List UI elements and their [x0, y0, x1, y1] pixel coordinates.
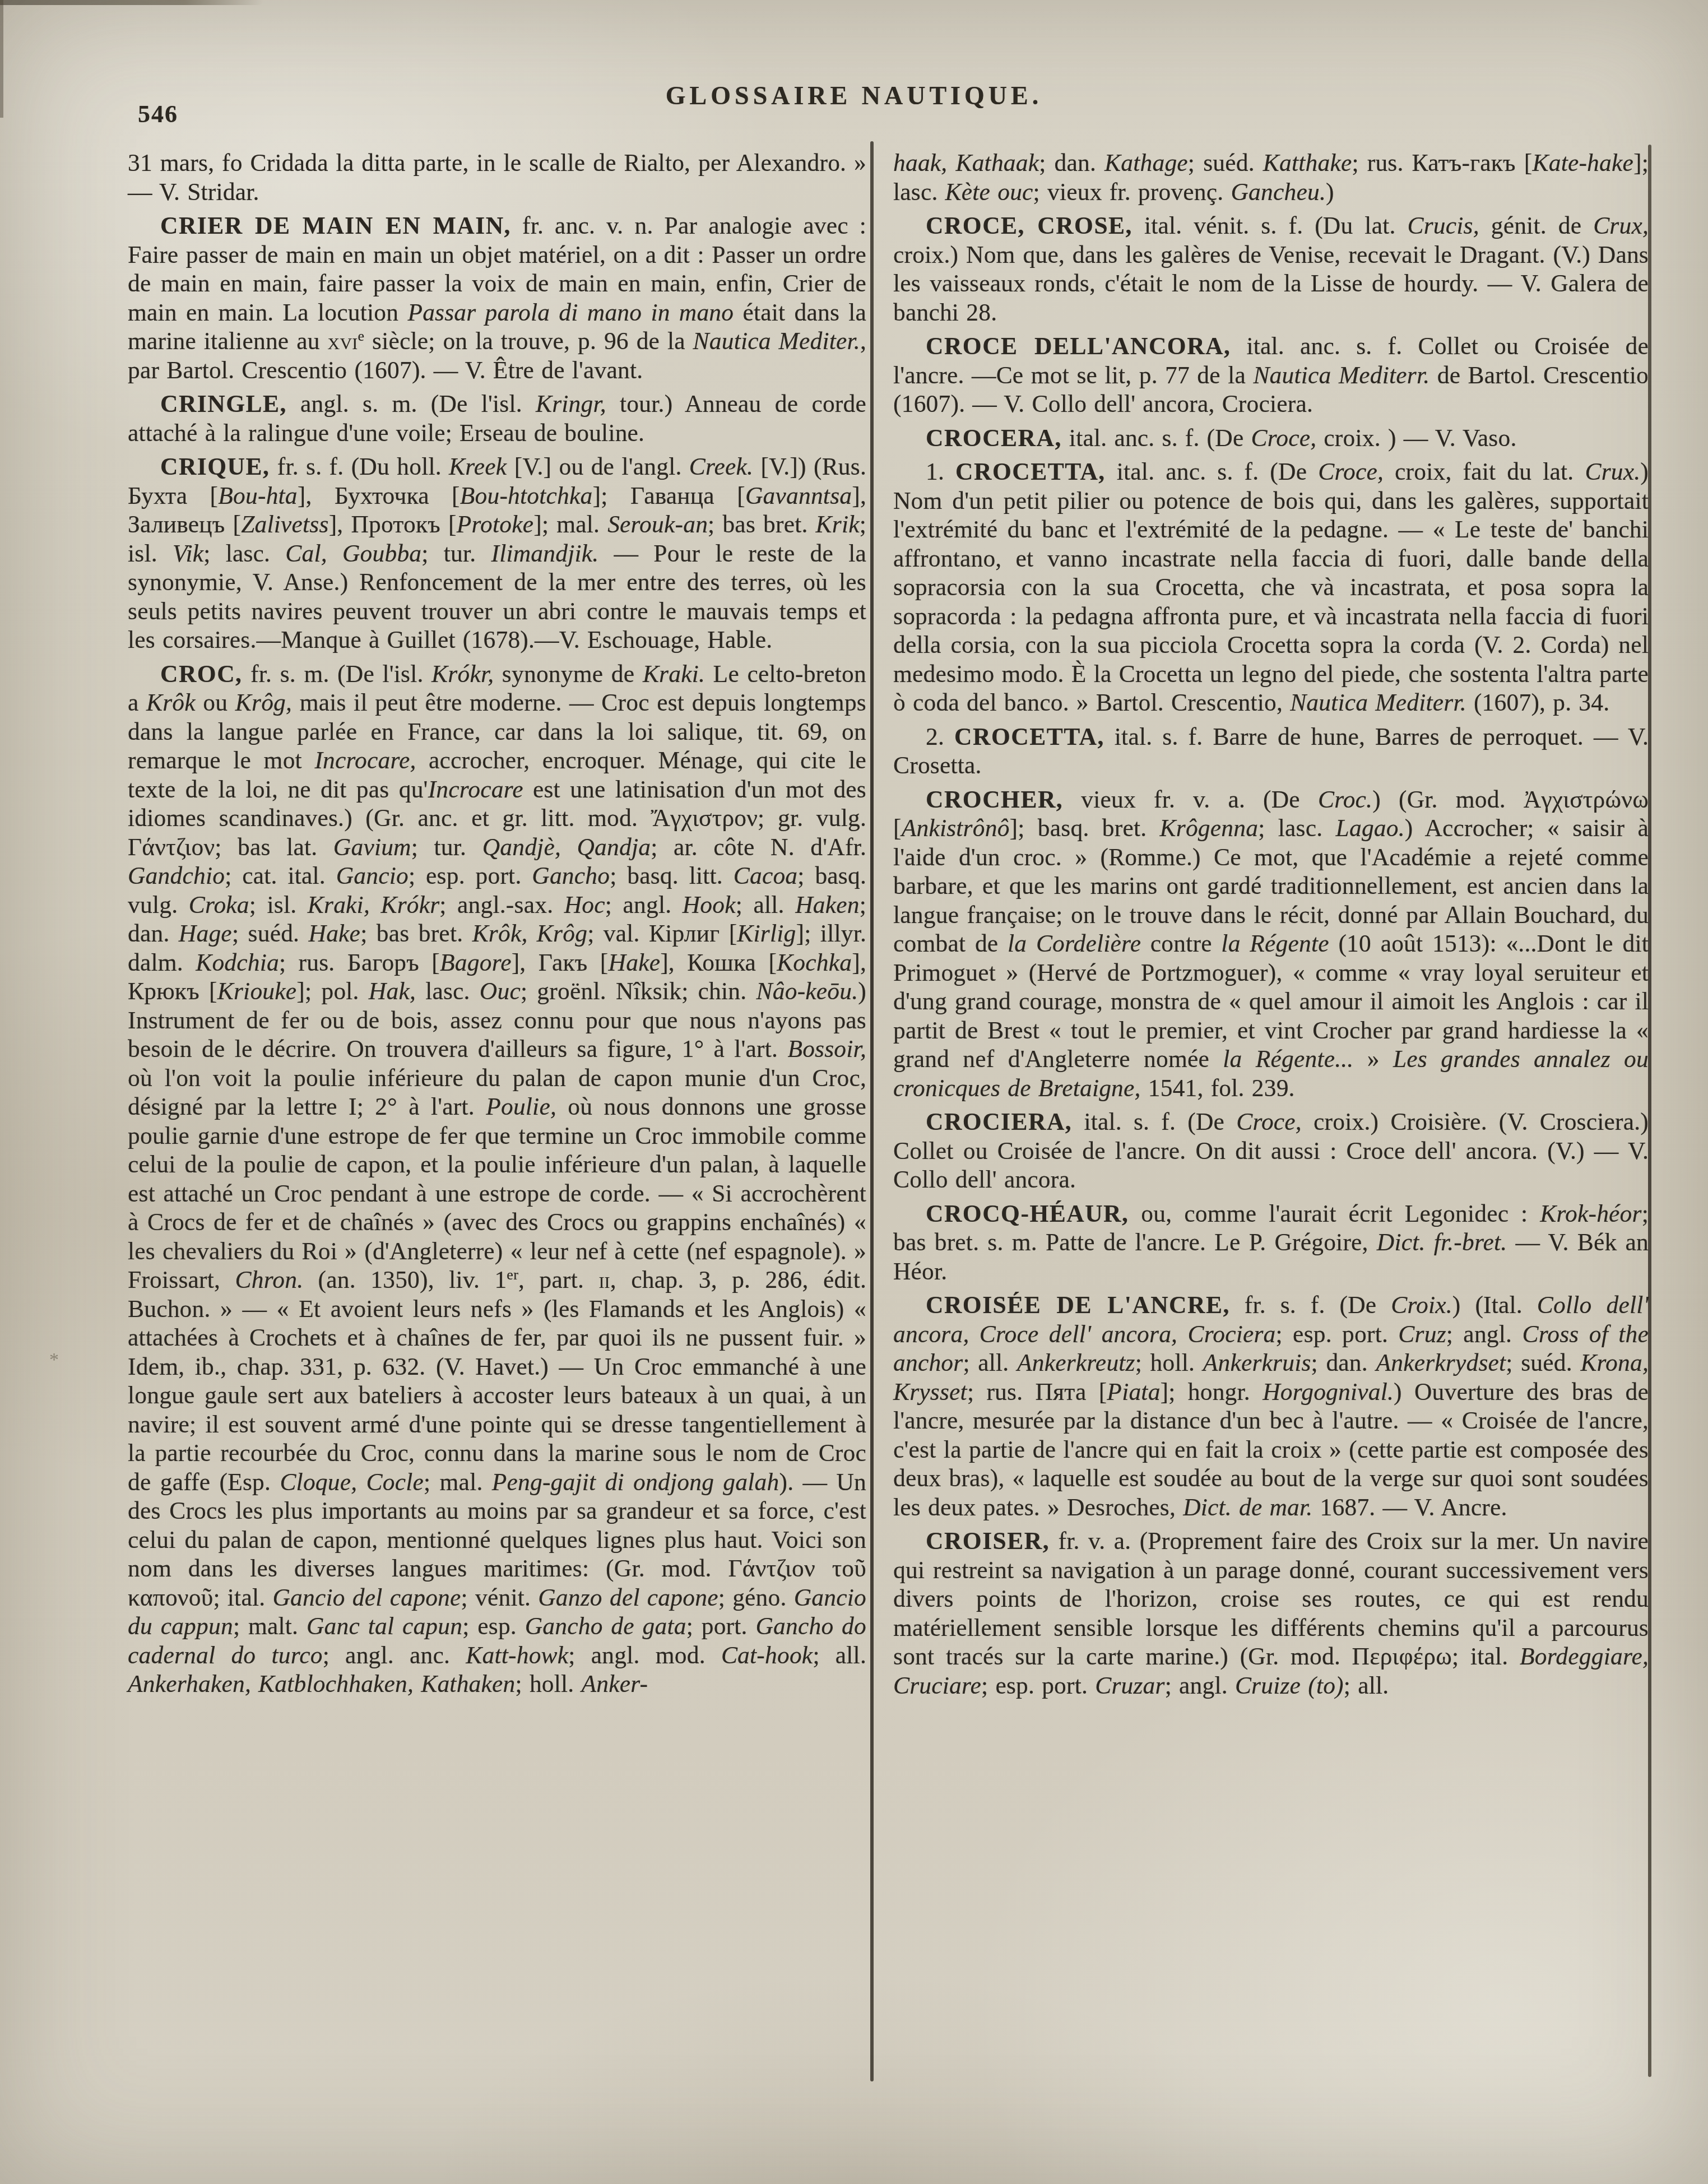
entry-paragraph: CROCE, CROSE, ital. vénit. s. f. (Du lat…	[893, 212, 1649, 327]
entry-paragraph: CROC, fr. s. m. (De l'isl. Krókr, synony…	[128, 660, 866, 1699]
top-edge-shadow	[0, 0, 263, 5]
left-column: 31 mars, fo Cridada la ditta parte, in l…	[128, 149, 866, 1699]
entry-paragraph: 1. CROCETTA, ital. anc. s. f. (De Croce,…	[893, 458, 1649, 718]
margin-speck: *	[49, 1350, 59, 1371]
entry-paragraph: haak, Kathaak; dan. Kathage; suéd. Katth…	[893, 149, 1649, 207]
entry-paragraph: 2. CROCETTA, ital. s. f. Barre de hune, …	[893, 723, 1649, 781]
entry-paragraph: CROISÉE DE L'ANCRE, fr. s. f. (De Croix.…	[893, 1291, 1649, 1522]
entry-paragraph: 31 mars, fo Cridada la ditta parte, in l…	[128, 149, 866, 207]
entry-paragraph: CROCERA, ital. anc. s. f. (De Croce, cro…	[893, 424, 1649, 453]
entry-paragraph: CRINGLE, angl. s. m. (De l'isl. Kringr, …	[128, 390, 866, 448]
entry-paragraph: CROCQ-HÉAUR, ou, comme l'aurait écrit Le…	[893, 1200, 1649, 1287]
column-divider-rule	[870, 141, 874, 2081]
entry-paragraph: CROCE DELL'ANCORA, ital. anc. s. f. Coll…	[893, 332, 1649, 419]
entry-paragraph: CROCHER, vieux fr. v. a. (De Croc.) (Gr.…	[893, 786, 1649, 1103]
right-column: haak, Kathaak; dan. Kathage; suéd. Katth…	[893, 149, 1649, 1700]
entry-paragraph: CROCIERA, ital. s. f. (De Croce, croix.)…	[893, 1108, 1649, 1195]
entry-paragraph: CRIER DE MAIN EN MAIN, fr. anc. v. n. Pa…	[128, 212, 866, 385]
entry-paragraph: CROISER, fr. v. a. (Proprement faire des…	[893, 1527, 1649, 1700]
entry-paragraph: CRIQUE, fr. s. f. (Du holl. Kreek [V.] o…	[128, 453, 866, 655]
page-title: GLOSSAIRE NAUTIQUE.	[0, 81, 1708, 110]
scanned-page: 546 GLOSSAIRE NAUTIQUE. * 31 mars, fo Cr…	[0, 0, 1708, 2184]
